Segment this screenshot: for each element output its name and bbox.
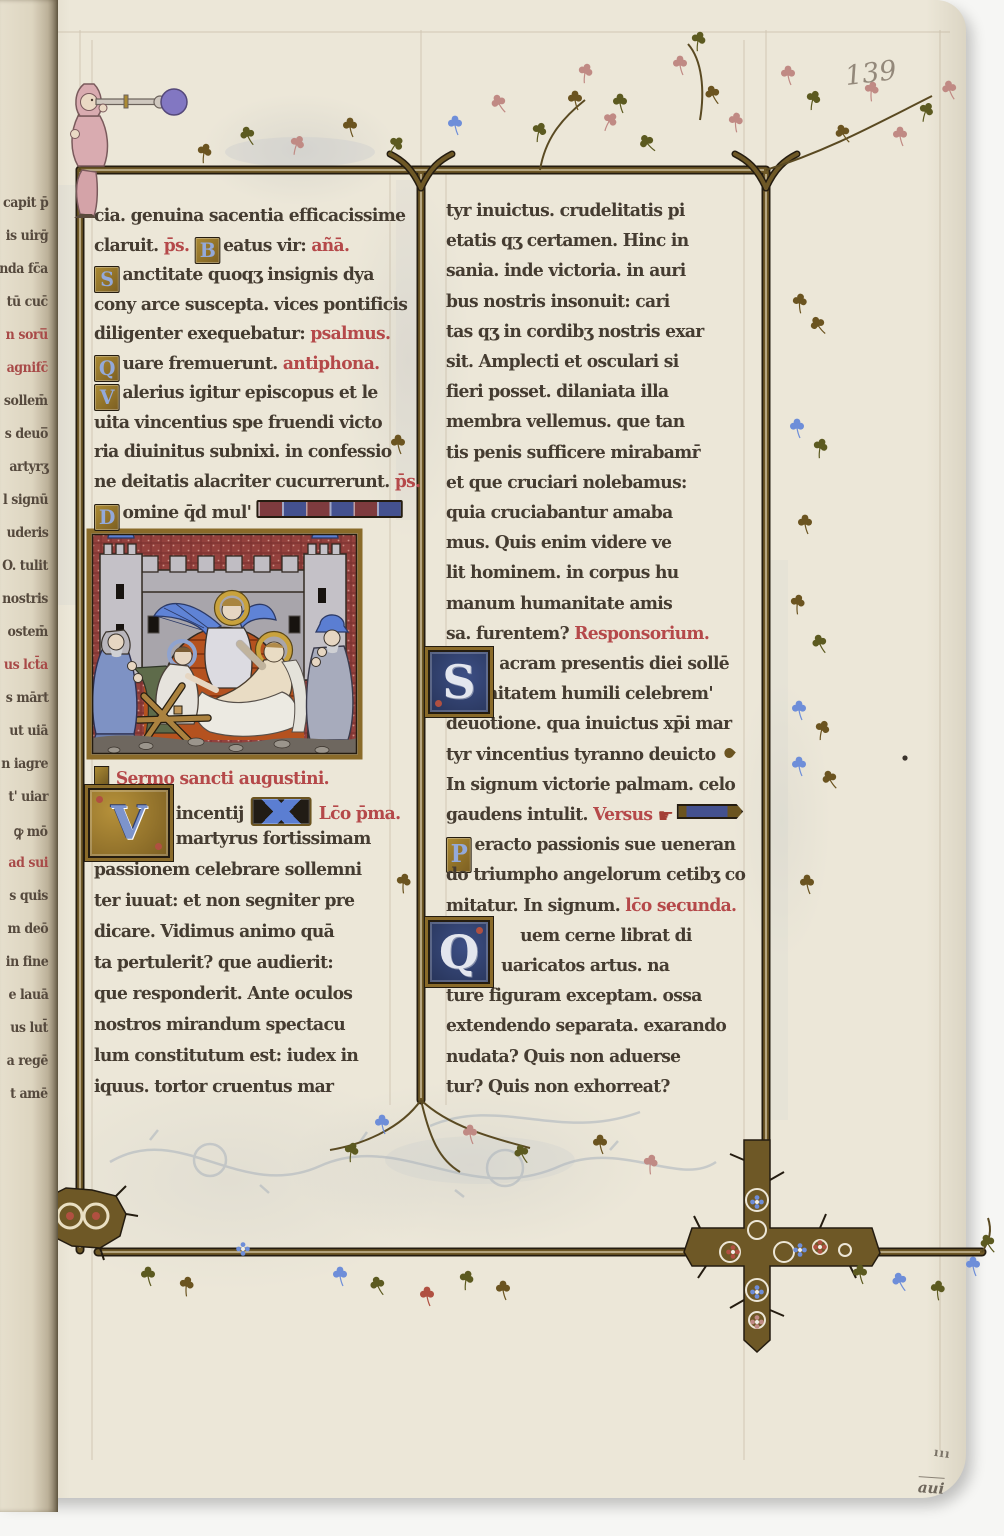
foliation-tally-mark: ııı: [933, 1445, 951, 1461]
ivy-leaf-icon: [369, 1275, 388, 1297]
bottom-right-cross-ornament: [684, 1140, 880, 1352]
previous-page-text-fragment: uderis: [6, 525, 48, 541]
initial-letter: S: [442, 655, 475, 709]
manuscript-line: Domine q̄d mul': [94, 500, 403, 530]
manuscript-line: passionem celebrare sollemni: [94, 859, 361, 889]
previous-page-text-fragment: tū cuc̄: [7, 294, 48, 310]
corner-inscription: aui: [917, 1476, 945, 1498]
previous-page-text-fragment: s deuo̅: [5, 426, 48, 442]
small-initial: D: [94, 504, 120, 531]
rubric-run: antiphona.: [283, 353, 380, 374]
manuscript-line: mus. Quis enim videre ve: [446, 532, 671, 562]
manuscript-line: nostros mirandum spectacu: [94, 1014, 345, 1044]
ivy-leaf-icon: [791, 292, 808, 314]
manuscript-line: quia cruciabantur amaba: [446, 502, 673, 532]
initial-sacram: S: [428, 650, 490, 714]
text-run: extendendo separata. exarando: [446, 1015, 726, 1036]
manuscript-line: gaudens intulit. Versus ☛: [446, 804, 743, 834]
text-run: iquus. tortor cruentus mar: [94, 1076, 333, 1097]
previous-page-text-fragment: agnifc̄: [7, 360, 48, 376]
previous-page-text-fragment: us lut̄: [10, 1020, 48, 1036]
initial-quem: Q: [428, 920, 490, 984]
text-run: martyrus fortissimam: [176, 828, 371, 849]
rubric-run: Responsorium.: [574, 623, 709, 644]
manuscript-line: deuotione. qua inuictus xp̄i mar: [446, 713, 731, 743]
previous-page-text-fragment: m deō: [7, 921, 48, 937]
text-run: nitatem humili celebrem': [486, 683, 713, 704]
ivy-leaf-icon: [456, 1269, 476, 1292]
manuscript-line: tur? Quis non exhorreat?: [446, 1076, 670, 1106]
text-run: uita vincentius spe fruendi victo: [94, 412, 382, 433]
ivy-leaf-icon: [893, 127, 907, 146]
manuscript-line: que responderit. Ante oculos: [94, 983, 352, 1013]
manuscript-line: claruit. p̄s. Beatus vir: añā.: [94, 235, 349, 265]
ivy-leaf-icon: [597, 110, 620, 134]
line-filler: [257, 500, 403, 518]
previous-page-text-fragment: ꝙ mō: [14, 822, 48, 841]
text-run: ria diuinitus subnixi. in confessio: [94, 441, 392, 462]
previous-page-text-fragment: l signū: [3, 492, 48, 508]
manuscript-photo: 139 cia. genuina sacentia efficacissimec…: [0, 0, 1004, 1536]
ivy-leaf-icon: [343, 118, 357, 137]
previous-page-text-fragment: ut uiā: [9, 723, 48, 739]
rubric-run: Sermo sancti augustini.: [116, 768, 329, 789]
ivy-leaf-icon: [808, 314, 829, 337]
ivy-leaf-icon: [394, 872, 413, 894]
ivy-leaf-icon: [790, 419, 804, 438]
rubric-run: añā.: [311, 235, 349, 256]
previous-page-text-fragment: O. tulit: [2, 558, 48, 574]
manuscript-line: lum constitutum est: iudex in: [94, 1045, 358, 1075]
previous-page-text-fragment: us lct̄a: [4, 657, 48, 673]
cross-ornament: [251, 797, 312, 826]
ivy-leaf-icon: [820, 769, 840, 792]
ivy-leaf-icon: [781, 66, 795, 85]
text-run: cia. genuina sacentia efficacissime: [94, 205, 405, 226]
ivy-leaf-icon: [811, 633, 830, 655]
ivy-leaf-icon: [792, 701, 806, 720]
previous-page-text-fragment: ostem̄: [8, 624, 48, 640]
rubric-run: Lc̄o p̄ma.: [314, 803, 401, 824]
manuscript-line: uita vincentius spe fruendi victo: [94, 412, 382, 442]
text-run: ter iuuat: et non segniter pre: [94, 890, 354, 911]
previous-page-text-fragment: a regē: [7, 1053, 48, 1069]
ivy-leaf-icon: [802, 88, 823, 111]
previous-page-text-fragment: ad sui: [8, 855, 48, 871]
text-run: tyr inuictus. crudelitatis pi: [446, 200, 685, 221]
manuscript-line: Valerius igitur episcopus et le: [94, 382, 378, 412]
manuscript-line: Sanctitate quoqʒ insignis dya: [94, 264, 374, 294]
ivy-leaf-icon: [723, 746, 736, 760]
text-run: ture figuram exceptam. ossa: [446, 985, 702, 1006]
text-run: uem cerne librat di: [520, 925, 692, 946]
manuscript-line: fieri posset. dilaniata illa: [446, 381, 668, 411]
previous-page-text-fragment: s quis: [9, 888, 48, 904]
text-run: uare fremuerunt.: [123, 353, 283, 374]
initial-vincentius: V: [88, 788, 170, 858]
ivy-leaf-icon: [568, 91, 582, 110]
rubric-run: p̄s.: [395, 471, 421, 492]
small-initial: S: [94, 266, 120, 293]
ivy-leaf-icon: [788, 593, 807, 615]
text-run: sania. inde victoria. in auri: [446, 260, 686, 281]
ivy-leaf-icon: [141, 1267, 155, 1286]
rubric-run: psalmus.: [310, 323, 390, 344]
text-run: lum constitutum est: iudex in: [94, 1045, 358, 1066]
manuscript-line: tas qʒ in cordibʒ nostris exar: [446, 321, 704, 351]
rubric-run: p̄s.: [164, 235, 195, 256]
previous-page-text-fragment: e lauā: [8, 987, 48, 1003]
manicule-icon: ☛: [658, 805, 674, 827]
ivy-leaf-icon: [637, 132, 659, 156]
text-run: omine q̄d mul': [123, 502, 257, 523]
manuscript-line: ture figuram exceptam. ossa: [446, 985, 702, 1015]
manuscript-line: cia. genuina sacentia efficacissime: [94, 205, 405, 235]
ivy-leaf-icon: [575, 62, 595, 85]
manuscript-line: do triumpho angelorum cetibʒ co: [446, 864, 745, 894]
ivy-leaf-icon: [792, 757, 806, 776]
manuscript-line: ria diuinitus subnixi. in confessio: [94, 441, 392, 471]
text-run: diligenter exequebatur:: [94, 323, 310, 344]
text-run: bus nostris insonuit: cari: [446, 291, 670, 312]
manuscript-line: ter iuuat: et non segniter pre: [94, 890, 354, 920]
text-run: mus. Quis enim videre ve: [446, 532, 671, 553]
previous-page-text-fragment: t' uiar: [8, 789, 48, 805]
text-run: ta pertulerit? que audierit:: [94, 952, 333, 973]
ivy-leaf-icon: [496, 1281, 510, 1300]
ivy-leaf-icon: [811, 718, 832, 741]
ivy-leaf-icon: [641, 1153, 660, 1175]
previous-page-text-fragment: n soru̅: [6, 327, 48, 343]
previous-page-edge: capit p̄is uirḡinda fc̄atū cuc̄n soru̅ag…: [0, 0, 58, 1512]
manuscript-line: extendendo separata. exarando: [446, 1015, 726, 1045]
text-run: fieri posset. dilaniata illa: [446, 381, 668, 402]
ivy-leaf-icon: [333, 1267, 347, 1286]
manuscript-page: 139 cia. genuina sacentia efficacissimec…: [0, 0, 966, 1498]
manuscript-line: tyr vincentius tyranno deuicto: [446, 744, 734, 774]
text-run: gaudens intulit.: [446, 804, 593, 825]
text-run: sit. Amplecti et osculari si: [446, 351, 679, 372]
text-run: tyr vincentius tyranno deuicto: [446, 744, 721, 765]
trumpeter-marginal-figure: [56, 70, 216, 220]
martyrdom-miniature: [86, 528, 363, 760]
manuscript-line: iquus. tortor cruentus mar: [94, 1076, 333, 1106]
text-run: etatis qʒ certamen. Hinc in: [446, 230, 688, 251]
text-run: tas qʒ in cordibʒ nostris exar: [446, 321, 704, 342]
ivy-leaf-icon: [593, 1135, 607, 1154]
manuscript-line: nudata? Quis non aduerse: [446, 1046, 680, 1076]
text-run: eracto passionis sue ueneran: [475, 834, 736, 855]
ivy-leaf-icon: [810, 437, 830, 460]
text-run: membra vellemus. que tan: [446, 411, 684, 432]
initial-letter: Q: [439, 925, 479, 979]
ivy-leaf-icon: [853, 1265, 867, 1284]
previous-page-text-fragment: in fine: [5, 954, 48, 970]
initial-letter: V: [111, 796, 147, 850]
text-run: claruit.: [94, 235, 164, 256]
manuscript-line: lit hominem. in corpus hu: [446, 562, 679, 592]
folio-number: 139: [843, 55, 898, 92]
manuscript-line: diligenter exequebatur: psalmus.: [94, 323, 390, 353]
text-run: nudata? Quis non aduerse: [446, 1046, 680, 1067]
previous-page-text-fragment: inda fc̄a: [0, 261, 48, 277]
previous-page-text-fragment: nostris: [2, 591, 48, 607]
manuscript-line: ne deitatis alacriter cucurrerunt. p̄s.: [94, 471, 420, 501]
text-run: ne deitatis alacriter cucurrerunt.: [94, 471, 395, 492]
text-run: manum humanitate amis: [446, 593, 672, 614]
text-run: dicare. Vidimus animo quā: [94, 921, 334, 942]
ivy-leaf-icon: [727, 111, 744, 133]
text-run: deuotione. qua inuictus xp̄i mar: [446, 713, 731, 734]
previous-page-text-fragment: t amē: [11, 1086, 48, 1102]
ivy-leaf-icon: [448, 116, 462, 135]
text-run: In signum victorie palmam. celo: [446, 774, 735, 795]
text-run: que responderit. Ante oculos: [94, 983, 352, 1004]
text-run: cony arce suscepta. vices pontificis: [94, 294, 407, 315]
text-run: tur? Quis non exhorreat?: [446, 1076, 670, 1097]
text-run: lit hominem. in corpus hu: [446, 562, 679, 583]
previous-page-text-fragment: n iagre: [1, 756, 48, 772]
manuscript-line: etatis qʒ certamen. Hinc in: [446, 230, 688, 260]
rubric-run: Versus: [593, 804, 658, 825]
manuscript-line: tyr inuictus. crudelitatis pi: [446, 200, 685, 230]
text-run: incentij: [176, 803, 249, 824]
text-run: acram presentis diei sollē: [499, 653, 729, 674]
text-run: anctitate quoqʒ insignis dya: [123, 264, 374, 285]
text-run: nostros mirandum spectacu: [94, 1014, 345, 1035]
text-run: quia cruciabantur amaba: [446, 502, 673, 523]
ivy-leaf-icon: [177, 1275, 196, 1297]
text-run: eatus vir:: [223, 235, 311, 256]
rubric-run: lc̄o secunda.: [625, 895, 736, 916]
manuscript-line: et que cruciari nolebamus:: [446, 472, 687, 502]
manuscript-line: cony arce suscepta. vices pontificis: [94, 294, 407, 324]
manuscript-line: Quare fremuerunt. antiphona.: [94, 353, 379, 383]
manuscript-line: tis penis sufficere mirabamr̄: [446, 442, 700, 472]
previous-page-text-fragment: capit p̄: [3, 195, 48, 211]
text-run: alerius igitur episcopus et le: [123, 382, 378, 403]
text-run: uaricatos artus. na: [501, 955, 669, 976]
previous-page-text-fragment: is uirḡ: [5, 228, 48, 244]
manuscript-line: manum humanitate amis: [446, 593, 672, 623]
manuscript-line: dicare. Vidimus animo quā: [94, 921, 334, 951]
ivy-leaf-icon: [941, 79, 958, 101]
ivy-leaf-icon: [704, 84, 723, 106]
ivy-leaf-icon: [798, 515, 812, 534]
manuscript-line: bus nostris insonuit: cari: [446, 291, 670, 321]
manuscript-line: Peracto passionis sue ueneran: [446, 834, 735, 864]
text-run: tis penis sufficere mirabamr̄: [446, 442, 700, 463]
text-run: do triumpho angelorum cetibʒ co: [446, 864, 745, 885]
manuscript-line: membra vellemus. que tan: [446, 411, 684, 441]
ivy-leaf-icon: [420, 1287, 434, 1306]
small-initial: Q: [94, 355, 120, 382]
text-run: passionem celebrare sollemni: [94, 859, 361, 880]
paraph-mark: [94, 766, 109, 789]
ivy-leaf-icon: [966, 1257, 980, 1276]
previous-page-text-fragment: artyrʒ: [9, 459, 48, 475]
manuscript-line: In signum victorie palmam. celo: [446, 774, 735, 804]
bar-filler: [677, 804, 744, 819]
ivy-leaf-icon: [800, 875, 814, 894]
small-initial: V: [94, 384, 120, 411]
small-initial: B: [195, 237, 221, 264]
previous-page-text-fragment: sollem̄: [4, 393, 48, 409]
ivy-leaf-icon: [528, 120, 549, 143]
text-run: mitatur. In signum.: [446, 895, 625, 916]
ivy-leaf-icon: [891, 1271, 910, 1293]
manuscript-line: sit. Amplecti et osculari si: [446, 351, 679, 381]
ivy-leaf-icon: [673, 56, 687, 75]
ivy-leaf-icon: [489, 93, 509, 116]
ivy-leaf-icon: [613, 94, 627, 113]
manuscript-line: sa. furentem? Responsorium.: [446, 623, 709, 653]
manuscript-line: ta pertulerit? que audierit:: [94, 952, 333, 982]
text-run: et que cruciari nolebamus:: [446, 472, 687, 493]
text-run: sa. furentem?: [446, 623, 574, 644]
previous-page-text-fragment: s mārt: [5, 690, 48, 706]
manuscript-line: sania. inde victoria. in auri: [446, 260, 686, 290]
ivy-leaf-icon: [929, 1279, 946, 1301]
